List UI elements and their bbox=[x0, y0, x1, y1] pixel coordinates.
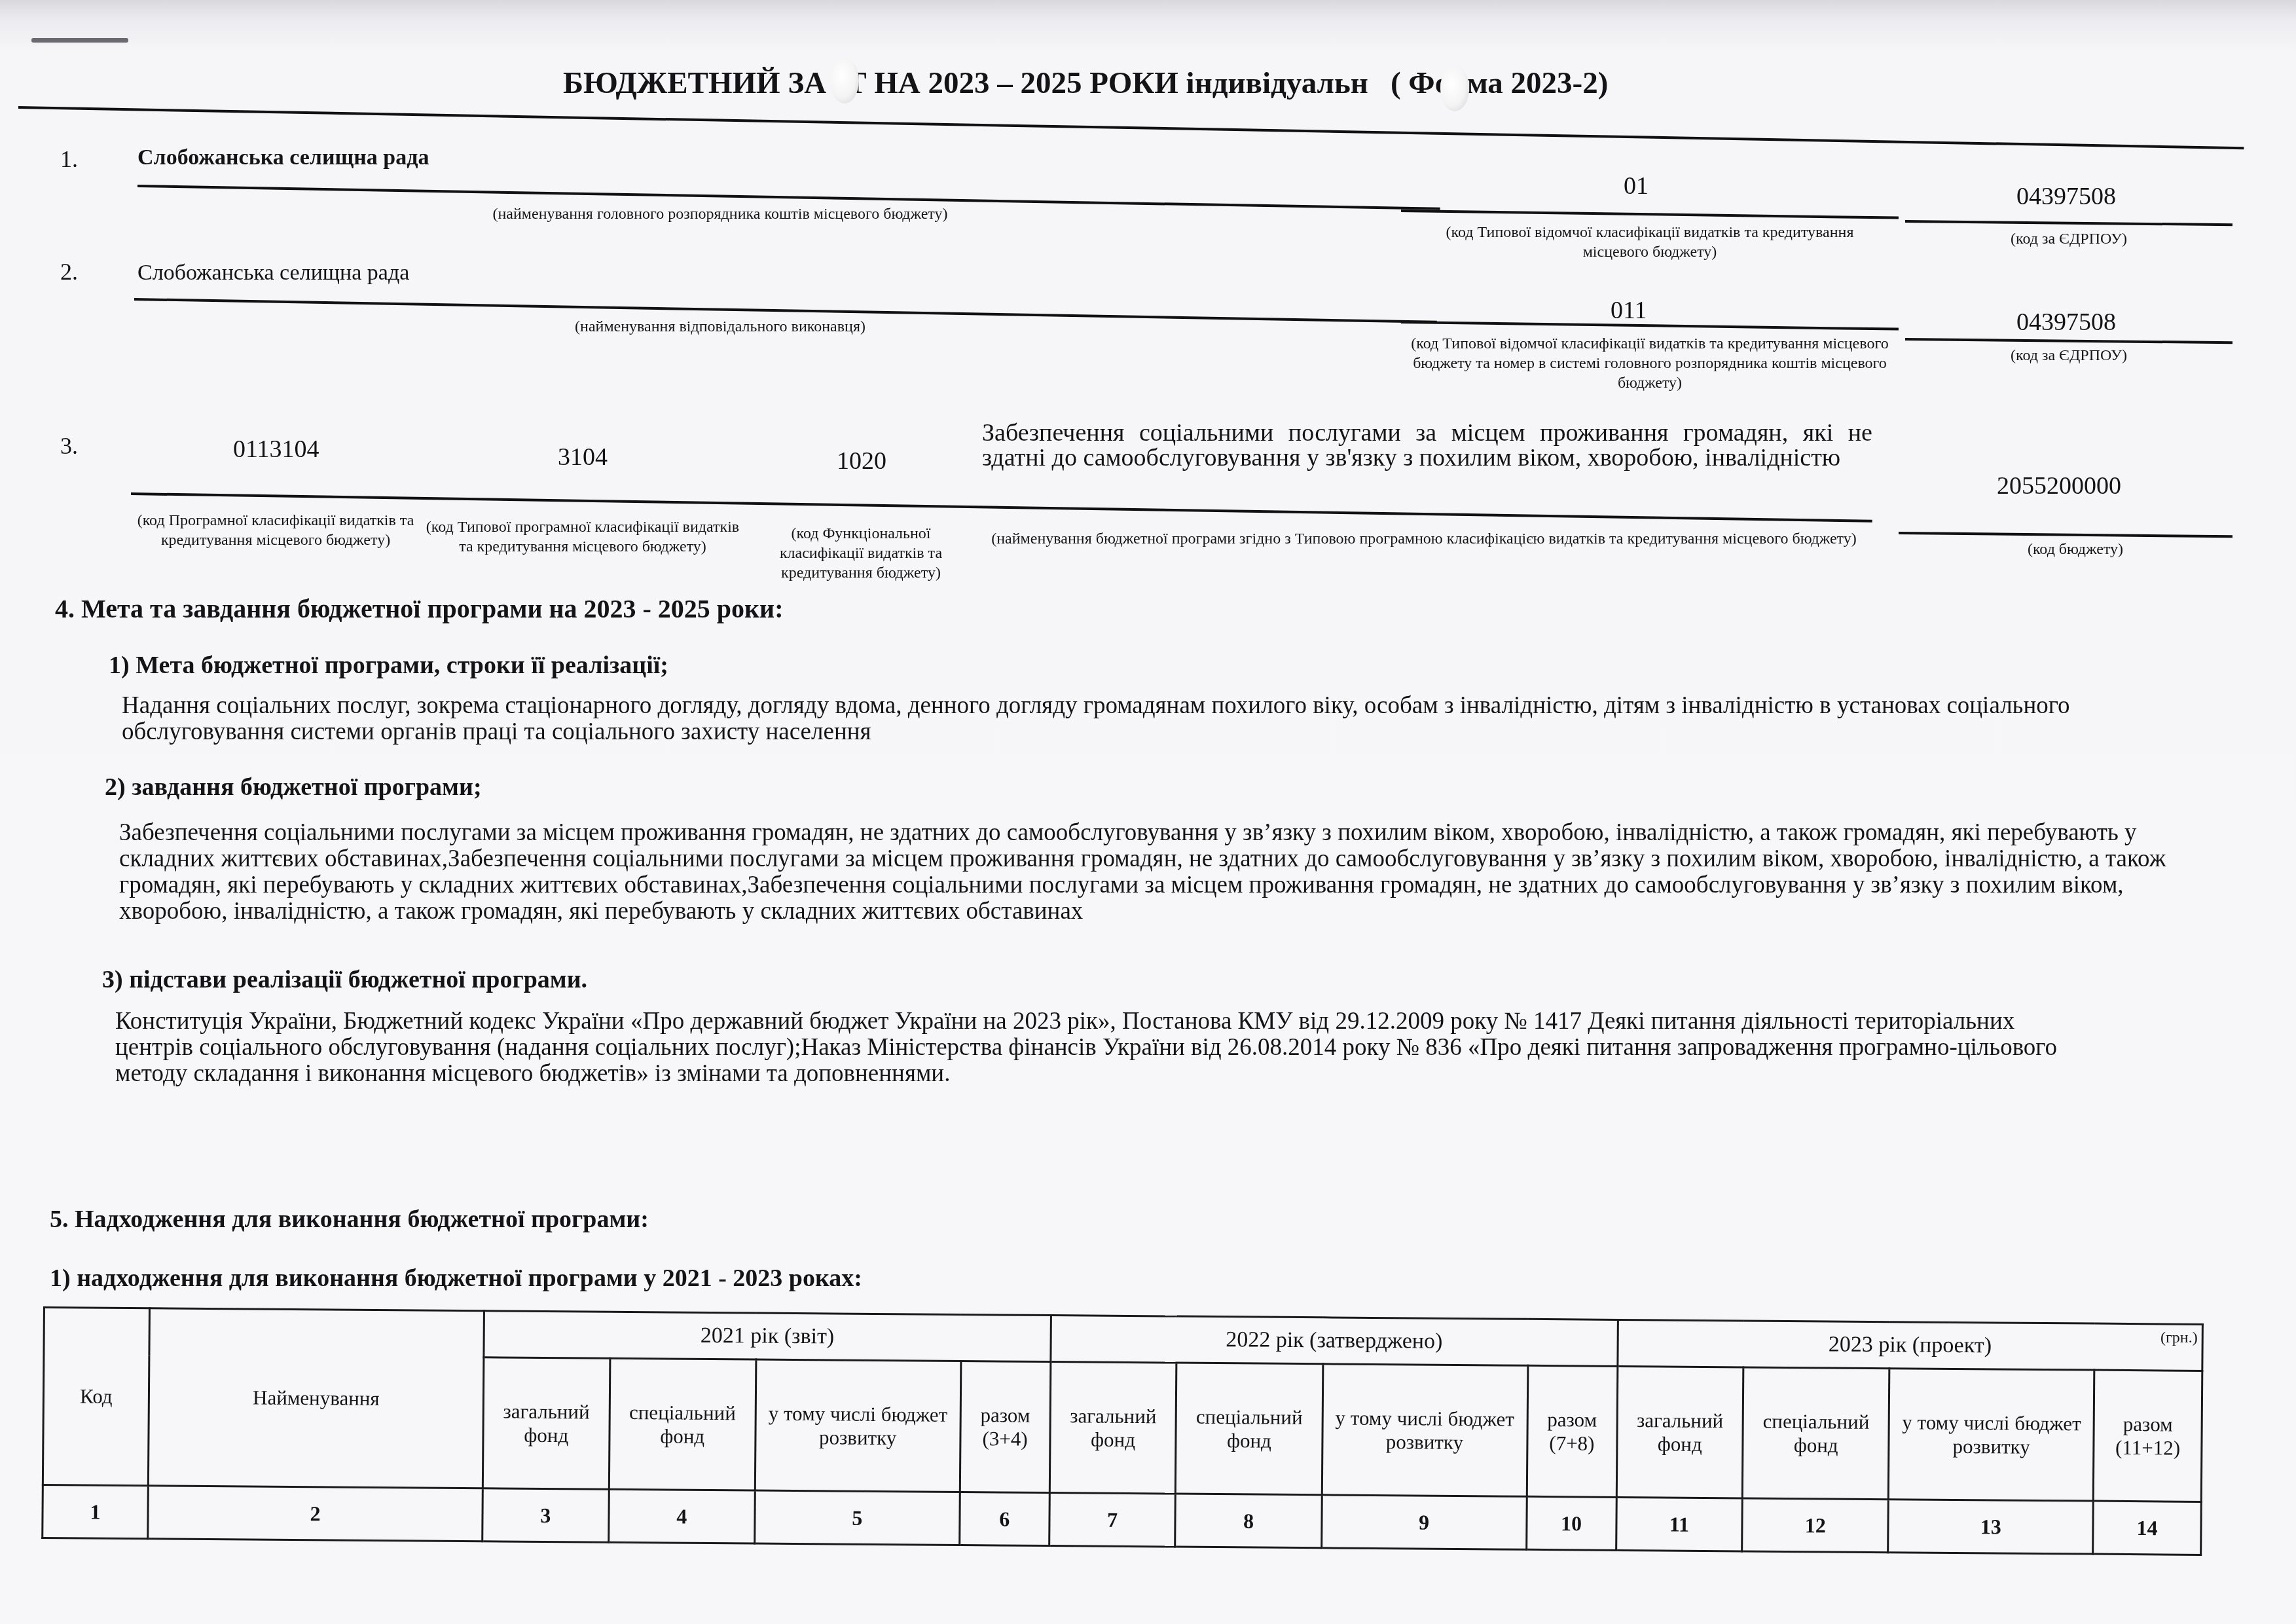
functional-code: 1020 bbox=[837, 447, 886, 475]
title-form-number: ( Форма 2023-2) bbox=[1391, 66, 1608, 100]
item-1-code-caption: (код Типової відомчої класифікації видат… bbox=[1414, 223, 1886, 262]
basis-heading: 3) підстави реалізації бюджетної програм… bbox=[102, 965, 587, 994]
col-header: спеціальний фонд bbox=[1176, 1363, 1323, 1495]
col-name-header: Найменування bbox=[148, 1308, 484, 1488]
item-2-code: 011 bbox=[1611, 296, 1647, 325]
col-header: разом (11+12) bbox=[2094, 1370, 2202, 1502]
index-cell: 11 bbox=[1616, 1497, 1742, 1551]
item-3-number: 3. bbox=[60, 432, 78, 460]
group-2021-header: 2021 рік (звіт) bbox=[484, 1311, 1051, 1362]
col-header: у тому числі бюджет розвитку bbox=[1322, 1364, 1527, 1496]
revenue-table: Код Найменування 2021 рік (звіт) 2022 рі… bbox=[41, 1306, 2204, 1556]
item-1-edrpou: 04397508 bbox=[2016, 182, 2116, 211]
program-name-caption: (найменування бюджетної програми згідно … bbox=[979, 529, 1869, 549]
col-header: спеціальний фонд bbox=[1742, 1367, 1889, 1500]
col-header: у тому числі бюджет розвитку bbox=[1889, 1369, 2094, 1501]
item-2-edrpou-caption: (код за ЄДРПОУ) bbox=[1938, 346, 2200, 365]
item-1-name: Слобожанська селищна рада bbox=[137, 145, 429, 170]
group-2023-header: 2023 рік (проект) bbox=[1617, 1319, 2202, 1371]
index-cell: 10 bbox=[1526, 1496, 1616, 1550]
title-underline bbox=[18, 106, 2244, 149]
item-1-name-caption: (найменування головного розпорядника кош… bbox=[393, 204, 1048, 224]
col-header: загальний фонд bbox=[1049, 1362, 1176, 1494]
typical-program-code: 3104 bbox=[558, 443, 608, 471]
section-5-heading: 5. Надходження для виконання бюджетної п… bbox=[50, 1205, 649, 1234]
index-cell: 9 bbox=[1321, 1495, 1527, 1549]
col-header: загальний фонд bbox=[483, 1357, 610, 1490]
col-header: спеціальний фонд bbox=[609, 1358, 756, 1490]
index-cell: 14 bbox=[2093, 1501, 2201, 1555]
document-page: БЮДЖЕТНИЙ ЗАТ НА 2023 – 2025 РОКИ індиві… bbox=[0, 0, 2296, 1624]
typical-program-code-caption: (код Типової програмної класифікації вид… bbox=[426, 517, 740, 557]
col-header: разом (7+8) bbox=[1527, 1365, 1618, 1497]
col-header: разом (3+4) bbox=[960, 1361, 1051, 1493]
col-header: у тому числі бюджет розвитку bbox=[755, 1359, 960, 1492]
item-1-number: 1. bbox=[60, 145, 78, 173]
item-1-code-line bbox=[1401, 210, 1899, 219]
item-1-code: 01 bbox=[1624, 172, 1649, 200]
index-cell: 4 bbox=[608, 1489, 755, 1543]
section-5-subheading: 1) надходження для виконання бюджетної п… bbox=[50, 1264, 862, 1293]
index-cell: 3 bbox=[483, 1488, 609, 1543]
goal-text: Надання соціальних послуг, зокрема стаці… bbox=[122, 693, 2191, 745]
item-1-edrpou-caption: (код за ЄДРПОУ) bbox=[1938, 229, 2200, 249]
item-2-name: Слобожанська селищна рада bbox=[137, 261, 409, 286]
index-cell: 12 bbox=[1742, 1498, 1889, 1553]
index-cell: 5 bbox=[755, 1490, 960, 1545]
basis-text: Конституція України, Бюджетний кодекс Ук… bbox=[115, 1008, 2079, 1087]
functional-code-caption: (код Функціональної класифікації видаткі… bbox=[753, 524, 969, 583]
index-cell: 6 bbox=[959, 1492, 1049, 1546]
tasks-text: Забезпечення соціальними послугами за мі… bbox=[119, 820, 2214, 925]
col-header: загальний фонд bbox=[1616, 1366, 1743, 1498]
index-cell: 7 bbox=[1049, 1493, 1175, 1547]
budget-code-line bbox=[1899, 532, 2232, 538]
goal-heading: 1) Мета бюджетної програми, строки її ре… bbox=[109, 651, 668, 680]
program-name: Забезпечення соціальними послугами за мі… bbox=[982, 420, 1872, 470]
tasks-heading: 2) завдання бюджетної програми; bbox=[105, 773, 482, 802]
item-2-edrpou: 04397508 bbox=[2016, 308, 2116, 337]
item-2-edrpou-line bbox=[1905, 338, 2232, 344]
index-cell: 8 bbox=[1175, 1494, 1322, 1548]
program-code-caption: (код Програмної класифікації видатків та… bbox=[128, 511, 423, 550]
col-code-header: Код bbox=[43, 1308, 149, 1486]
title-part-2: Т НА 2023 – 2025 РОКИ індивідуальн bbox=[846, 66, 1368, 100]
index-cell: 1 bbox=[43, 1485, 149, 1539]
staple-mark bbox=[31, 38, 128, 43]
budget-code: 2055200000 bbox=[1997, 471, 2121, 500]
group-2022-header: 2022 рік (затверджено) bbox=[1051, 1316, 1618, 1367]
program-code: 0113104 bbox=[233, 435, 319, 464]
budget-code-caption: (код бюджету) bbox=[1964, 540, 2187, 559]
item-1-edrpou-line bbox=[1905, 220, 2232, 226]
item-2-number: 2. bbox=[60, 258, 78, 286]
item-2-code-caption: (код Типової відомчої класифікації видат… bbox=[1408, 334, 1892, 393]
index-cell: 2 bbox=[148, 1486, 483, 1541]
item-2-name-caption: (найменування відповідального виконавця) bbox=[491, 317, 949, 337]
item-2-code-line bbox=[1401, 321, 1899, 331]
section-4-heading: 4. Мета та завдання бюджетної програми н… bbox=[55, 593, 783, 624]
title-part-1: БЮДЖЕТНИЙ ЗА bbox=[563, 66, 826, 100]
punch-hole-2 bbox=[1440, 65, 1469, 111]
table-header-row-1: Код Найменування 2021 рік (звіт) 2022 рі… bbox=[44, 1308, 2202, 1371]
punch-hole-1 bbox=[830, 58, 859, 103]
index-cell: 13 bbox=[1888, 1500, 2094, 1554]
